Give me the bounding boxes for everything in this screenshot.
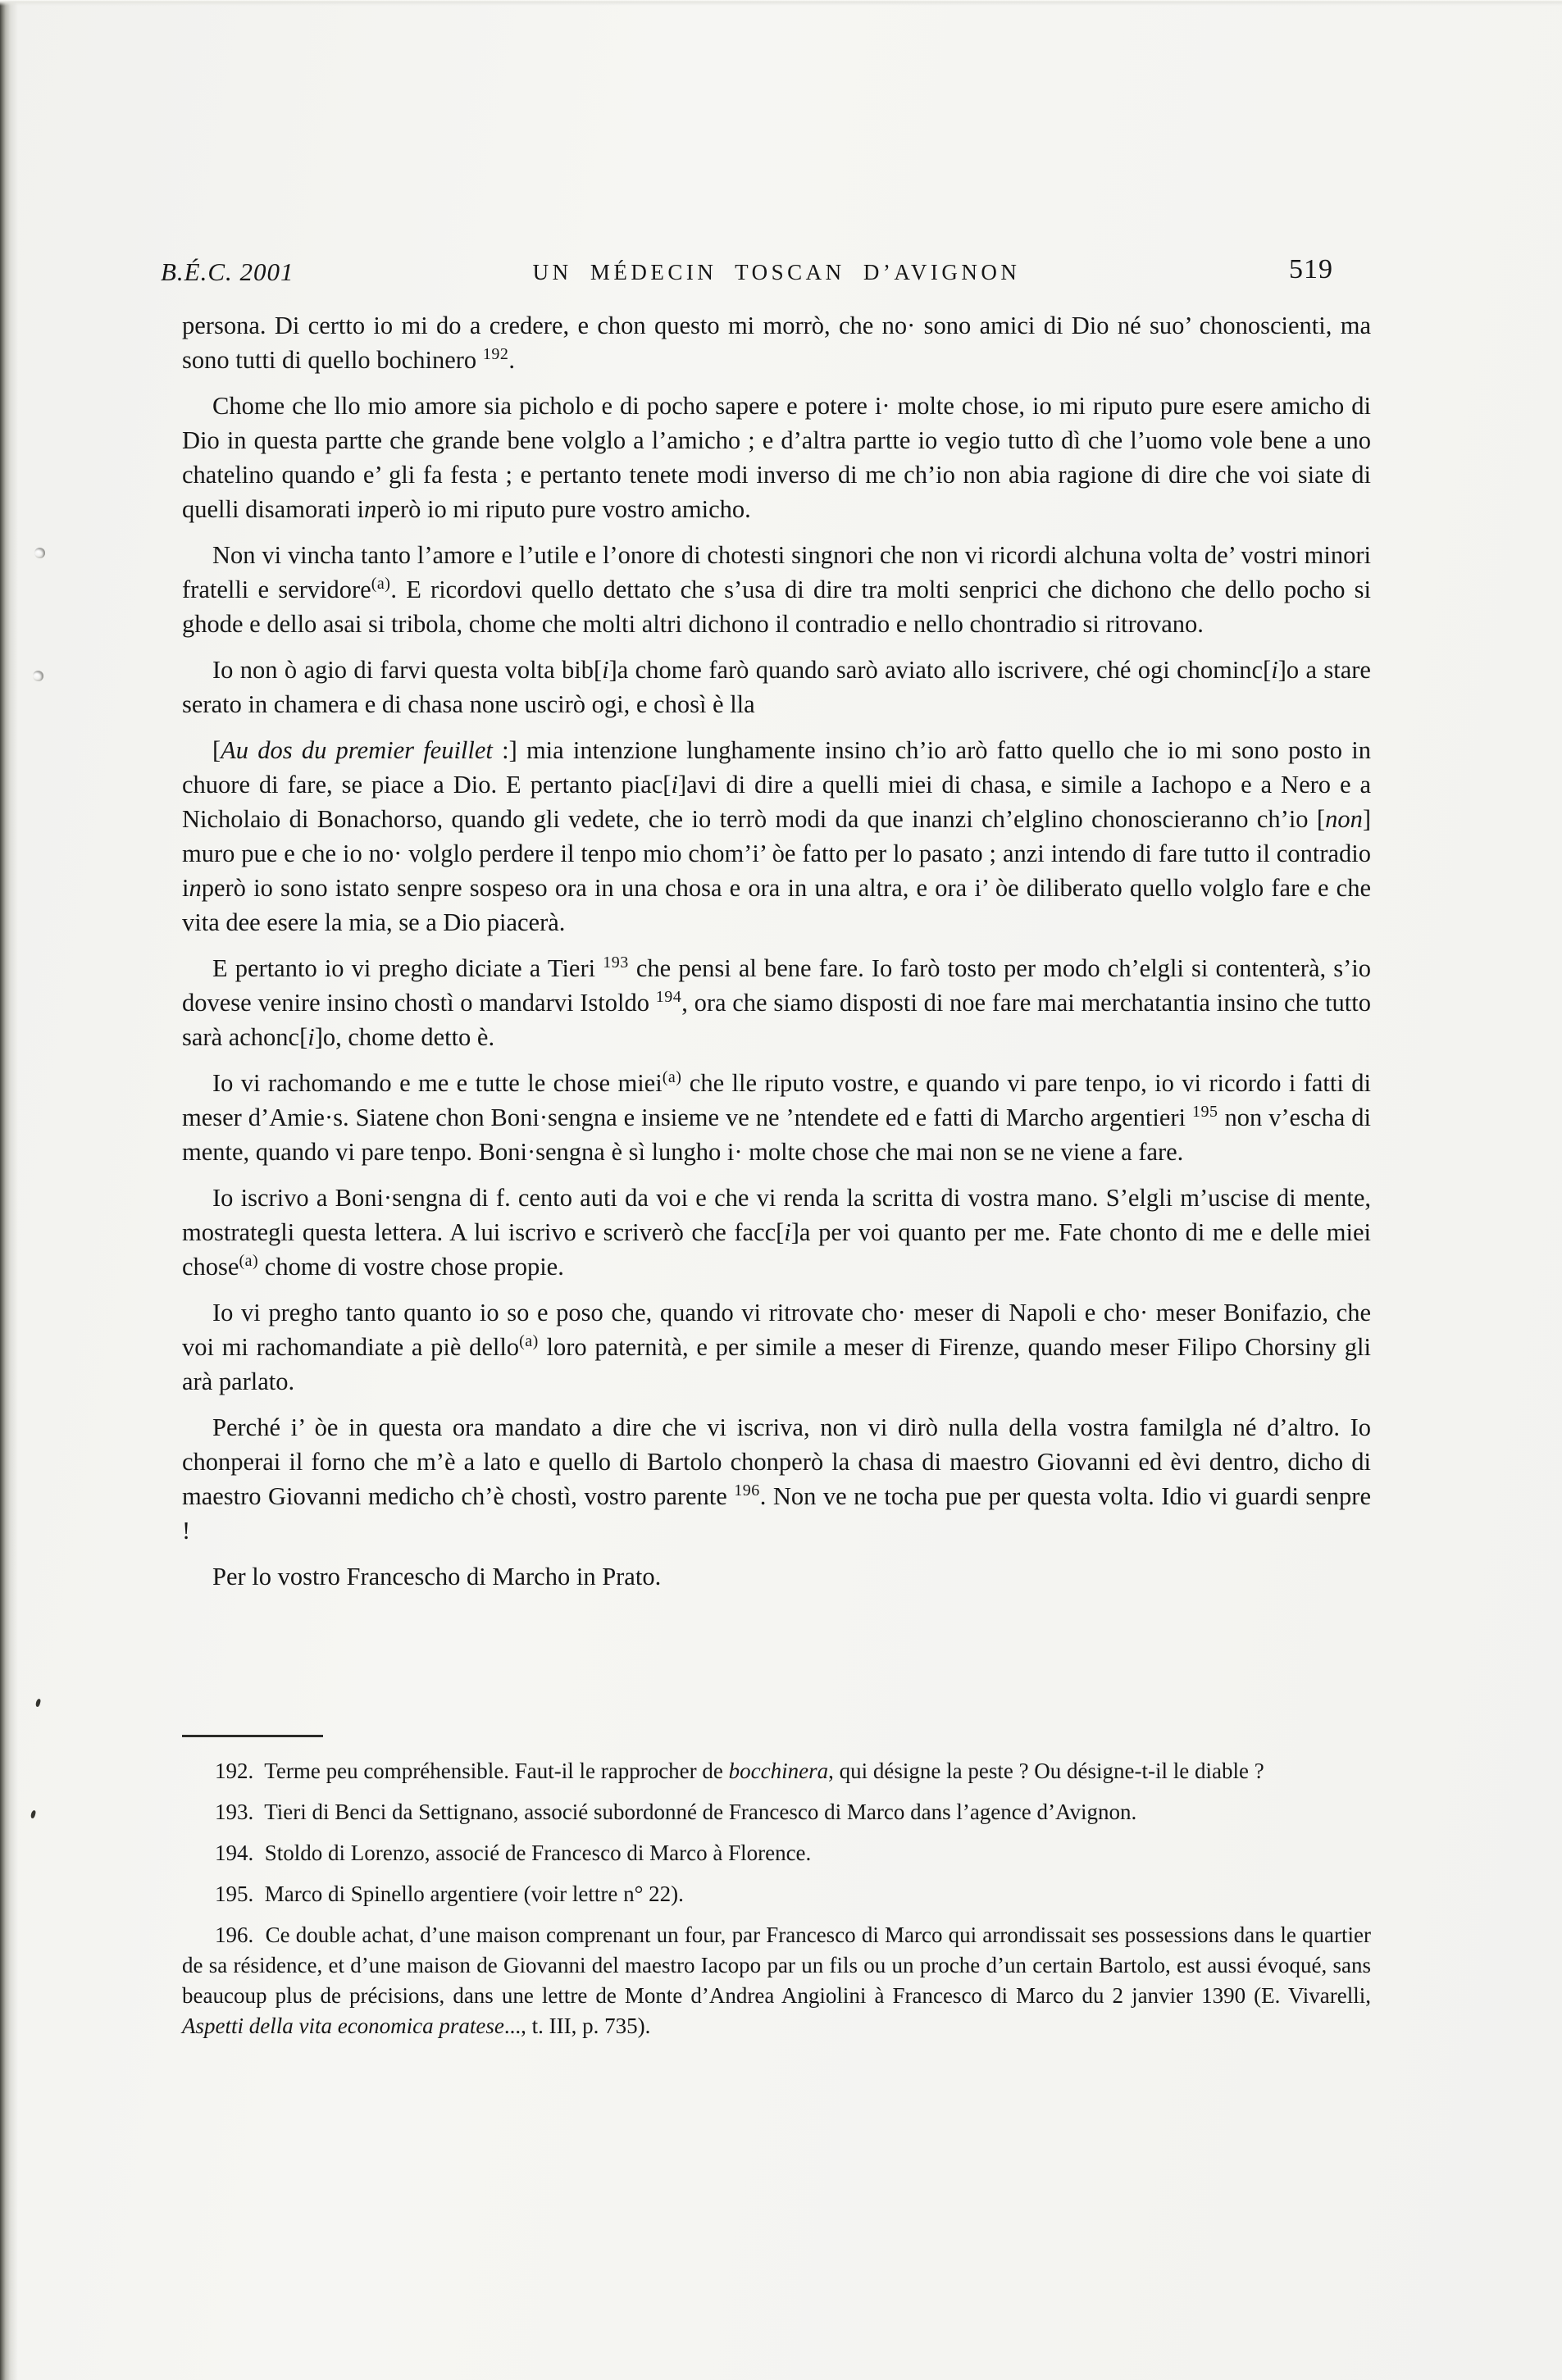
text-run: ]o, chome detto è. (315, 1023, 494, 1051)
text-run: Per lo vostro Francescho di Marcho in Pr… (212, 1563, 661, 1590)
text-run: non (1325, 805, 1363, 833)
text-run: i (1271, 656, 1277, 684)
footnote-item: 194. Stoldo di Lorenzo, associé de Franc… (182, 1838, 1371, 1868)
letter-paragraph: persona. Di certto io mi do a credere, e… (182, 308, 1371, 377)
footnote-reference: (a) (371, 575, 391, 593)
letter-paragraph: Perché i’ òe in questa ora mandato a dir… (182, 1410, 1371, 1548)
letter-paragraph: Io iscrivo a Boni·sengna di f. cento aut… (182, 1181, 1371, 1284)
footnote-item: 196. Ce double achat, d’une maison compr… (182, 1920, 1371, 2041)
text-run: i (671, 771, 677, 799)
scan-speck (34, 548, 45, 558)
text-run: Au dos du premier feuillet (221, 736, 493, 764)
footnote-separator (182, 1735, 323, 1737)
text-run: 193. Tieri di Benci da Settignano, assoc… (215, 1800, 1136, 1824)
running-header: B.É.C. 2001 UN MÉDECIN TOSCAN D’AVIGNON … (182, 254, 1371, 292)
text-run: però io sono istato senpre sospeso ora i… (182, 874, 1371, 936)
text-run: [ (212, 736, 221, 764)
text-run: i (784, 1218, 790, 1246)
text-run: n (189, 874, 201, 902)
letter-paragraph: Io non ò agio di farvi questa volta bib[… (182, 653, 1371, 721)
footnote-reference: 192 (483, 345, 509, 363)
footnote-reference: (a) (663, 1068, 682, 1086)
footnote-reference: 193 (603, 953, 629, 972)
letter-paragraph: Chome che llo mio amore sia picholo e di… (182, 389, 1371, 526)
text-run: . (508, 346, 515, 374)
text-run: ]a chome farò quando sarò aviato allo is… (609, 656, 1272, 684)
text-run: 194. Stoldo di Lorenzo, associé de Franc… (215, 1841, 811, 1865)
text-run: però io mi riputo pure vostro amicho. (376, 495, 751, 523)
footnote-reference: 194 (656, 988, 682, 1006)
text-run: Chome che llo mio amore sia picholo e di… (182, 392, 1371, 523)
footnote-reference: (a) (239, 1252, 258, 1270)
footnote-reference: 196 (734, 1481, 760, 1499)
text-run: E pertanto io vi pregho diciate a Tieri (212, 954, 603, 982)
footnote-reference: (a) (519, 1332, 539, 1350)
text-run: chome di vostre chose propie. (258, 1253, 564, 1281)
scan-speck (30, 1810, 36, 1819)
footnote-reference: 195 (1192, 1103, 1218, 1121)
letter-paragraph: Non vi vincha tanto l’amore e l’utile e … (182, 538, 1371, 641)
letter-paragraph: Per lo vostro Francescho di Marcho in Pr… (182, 1559, 1371, 1594)
page-number: 519 (1289, 254, 1333, 285)
scan-speck (35, 1699, 41, 1708)
scanned-page: B.É.C. 2001 UN MÉDECIN TOSCAN D’AVIGNON … (0, 0, 1562, 2380)
text-run: persona. Di certto io mi do a credere, e… (182, 312, 1371, 374)
text-run: Io non ò agio di farvi questa volta bib[ (212, 656, 602, 684)
text-run: 196. Ce double achat, d’une maison compr… (182, 1923, 1371, 2008)
text-run: i (307, 1023, 314, 1051)
text-run: i (602, 656, 608, 684)
letter-paragraph: E pertanto io vi pregho diciate a Tieri … (182, 951, 1371, 1054)
footnote-item: 192. Terme peu compréhensible. Faut-il l… (182, 1756, 1371, 1786)
text-run: 192. Terme peu compréhensible. Faut-il l… (215, 1759, 729, 1783)
scan-speck (33, 671, 43, 681)
text-run: bocchinera (729, 1759, 828, 1783)
text-run: ..., t. III, p. 735). (504, 2014, 650, 2038)
running-title: UN MÉDECIN TOSCAN D’AVIGNON (182, 260, 1371, 285)
letter-body: persona. Di certto io mi do a credere, e… (182, 308, 1371, 1605)
text-run: 195. Marco di Spinello argentiere (voir … (215, 1882, 684, 1906)
scan-edge-left (0, 0, 18, 2380)
footnote-item: 195. Marco di Spinello argentiere (voir … (182, 1879, 1371, 1909)
text-run: Aspetti della vita economica pratese (182, 2014, 504, 2038)
letter-paragraph: Io vi pregho tanto quanto io so e poso c… (182, 1295, 1371, 1399)
footnotes-list: 192. Terme peu compréhensible. Faut-il l… (182, 1756, 1371, 2052)
text-run: Io vi rachomando e me e tutte le chose m… (212, 1069, 663, 1097)
letter-paragraph: Io vi rachomando e me e tutte le chose m… (182, 1066, 1371, 1169)
footnote-item: 193. Tieri di Benci da Settignano, assoc… (182, 1797, 1371, 1827)
text-run: , qui désigne la peste ? Ou désigne-t-il… (828, 1759, 1264, 1783)
scan-edge-top (0, 0, 1562, 6)
text-run: n (364, 495, 376, 523)
letter-paragraph: [Au dos du premier feuillet :] mia inten… (182, 733, 1371, 940)
